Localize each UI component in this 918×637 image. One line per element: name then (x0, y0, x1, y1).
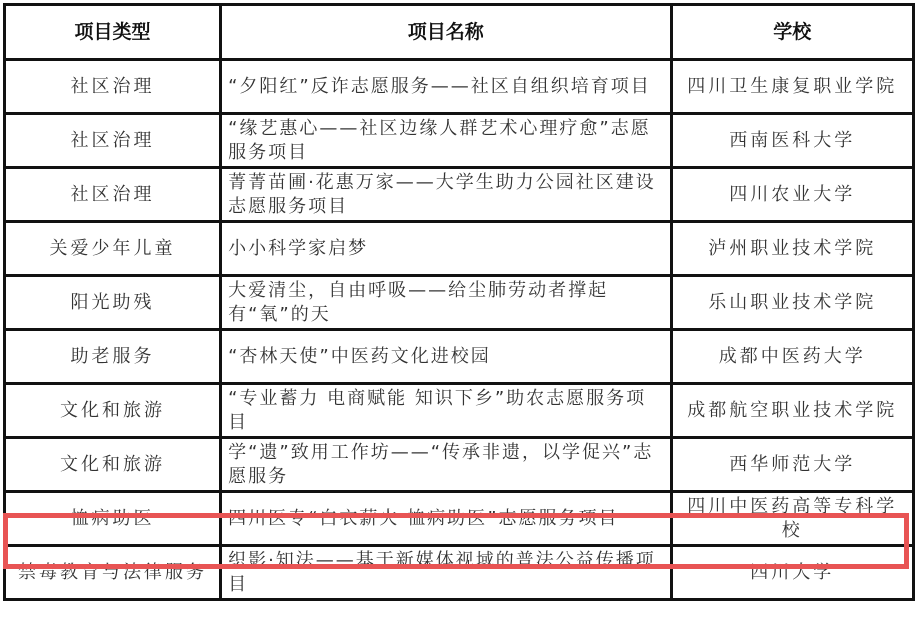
project-type-cell: 助老服务 (5, 330, 221, 384)
school-cell: 四川大学 (671, 546, 913, 600)
table-row: 助老服务“杏林天使”中医药文化进校园成都中医药大学 (5, 330, 914, 384)
table-row: 文化和旅游学“遗”致用工作坊——“传承非遗，以学促兴”志愿服务西华师范大学 (5, 438, 914, 492)
table-row: 阳光助残大爱清尘，自由呼吸——给尘肺劳动者撑起有“氧”的天乐山职业技术学院 (5, 276, 914, 330)
school-cell: 成都中医药大学 (671, 330, 913, 384)
school-cell: 西南医科大学 (671, 114, 913, 168)
project-name-cell: “杏林天使”中医药文化进校园 (221, 330, 671, 384)
project-type-cell: 社区治理 (5, 168, 221, 222)
project-type-cell: 阳光助残 (5, 276, 221, 330)
school-cell: 西华师范大学 (671, 438, 913, 492)
project-type-cell: 文化和旅游 (5, 438, 221, 492)
school-cell: 四川卫生康复职业学院 (671, 60, 913, 114)
project-type-cell: 恤病助医 (5, 492, 221, 546)
school-cell: 成都航空职业技术学院 (671, 384, 913, 438)
table-row: 关爱少年儿童小小科学家启梦泸州职业技术学院 (5, 222, 914, 276)
header-row: 项目类型 项目名称 学校 (5, 5, 914, 60)
project-name-cell: 织影·知法——基于新媒体视域的普法公益传播项目 (221, 546, 671, 600)
table-row: 禁毒教育与法律服务织影·知法——基于新媒体视域的普法公益传播项目四川大学 (5, 546, 914, 600)
project-type-cell: 禁毒教育与法律服务 (5, 546, 221, 600)
table-row: 社区治理“缘艺惠心——社区边缘人群艺术心理疗愈”志愿服务项目西南医科大学 (5, 114, 914, 168)
school-cell: 泸州职业技术学院 (671, 222, 913, 276)
project-name-cell: “缘艺惠心——社区边缘人群艺术心理疗愈”志愿服务项目 (221, 114, 671, 168)
school-cell: 四川中医药高等专科学校 (671, 492, 913, 546)
project-name-cell: 四川医专“白衣薪火 恤病助医”志愿服务项目 (221, 492, 671, 546)
project-type-cell: 关爱少年儿童 (5, 222, 221, 276)
table-row-highlighted: 恤病助医四川医专“白衣薪火 恤病助医”志愿服务项目四川中医药高等专科学校 (5, 492, 914, 546)
table-row: 社区治理菁菁苗圃·花惠万家——大学生助力公园社区建设志愿服务项目四川农业大学 (5, 168, 914, 222)
header-project-type: 项目类型 (5, 5, 221, 60)
project-name-cell: 菁菁苗圃·花惠万家——大学生助力公园社区建设志愿服务项目 (221, 168, 671, 222)
project-name-cell: “夕阳红”反诈志愿服务——社区自组织培育项目 (221, 60, 671, 114)
header-school: 学校 (671, 5, 913, 60)
table-row: 文化和旅游“专业蓄力 电商赋能 知识下乡”助农志愿服务项目成都航空职业技术学院 (5, 384, 914, 438)
project-type-cell: 文化和旅游 (5, 384, 221, 438)
project-table: 项目类型 项目名称 学校 社区治理“夕阳红”反诈志愿服务——社区自组织培育项目四… (3, 3, 915, 601)
project-name-cell: 大爱清尘，自由呼吸——给尘肺劳动者撑起有“氧”的天 (221, 276, 671, 330)
table-row: 社区治理“夕阳红”反诈志愿服务——社区自组织培育项目四川卫生康复职业学院 (5, 60, 914, 114)
project-name-cell: 小小科学家启梦 (221, 222, 671, 276)
project-type-cell: 社区治理 (5, 60, 221, 114)
project-name-cell: 学“遗”致用工作坊——“传承非遗，以学促兴”志愿服务 (221, 438, 671, 492)
project-type-cell: 社区治理 (5, 114, 221, 168)
project-name-cell: “专业蓄力 电商赋能 知识下乡”助农志愿服务项目 (221, 384, 671, 438)
header-project-name: 项目名称 (221, 5, 671, 60)
school-cell: 四川农业大学 (671, 168, 913, 222)
school-cell: 乐山职业技术学院 (671, 276, 913, 330)
